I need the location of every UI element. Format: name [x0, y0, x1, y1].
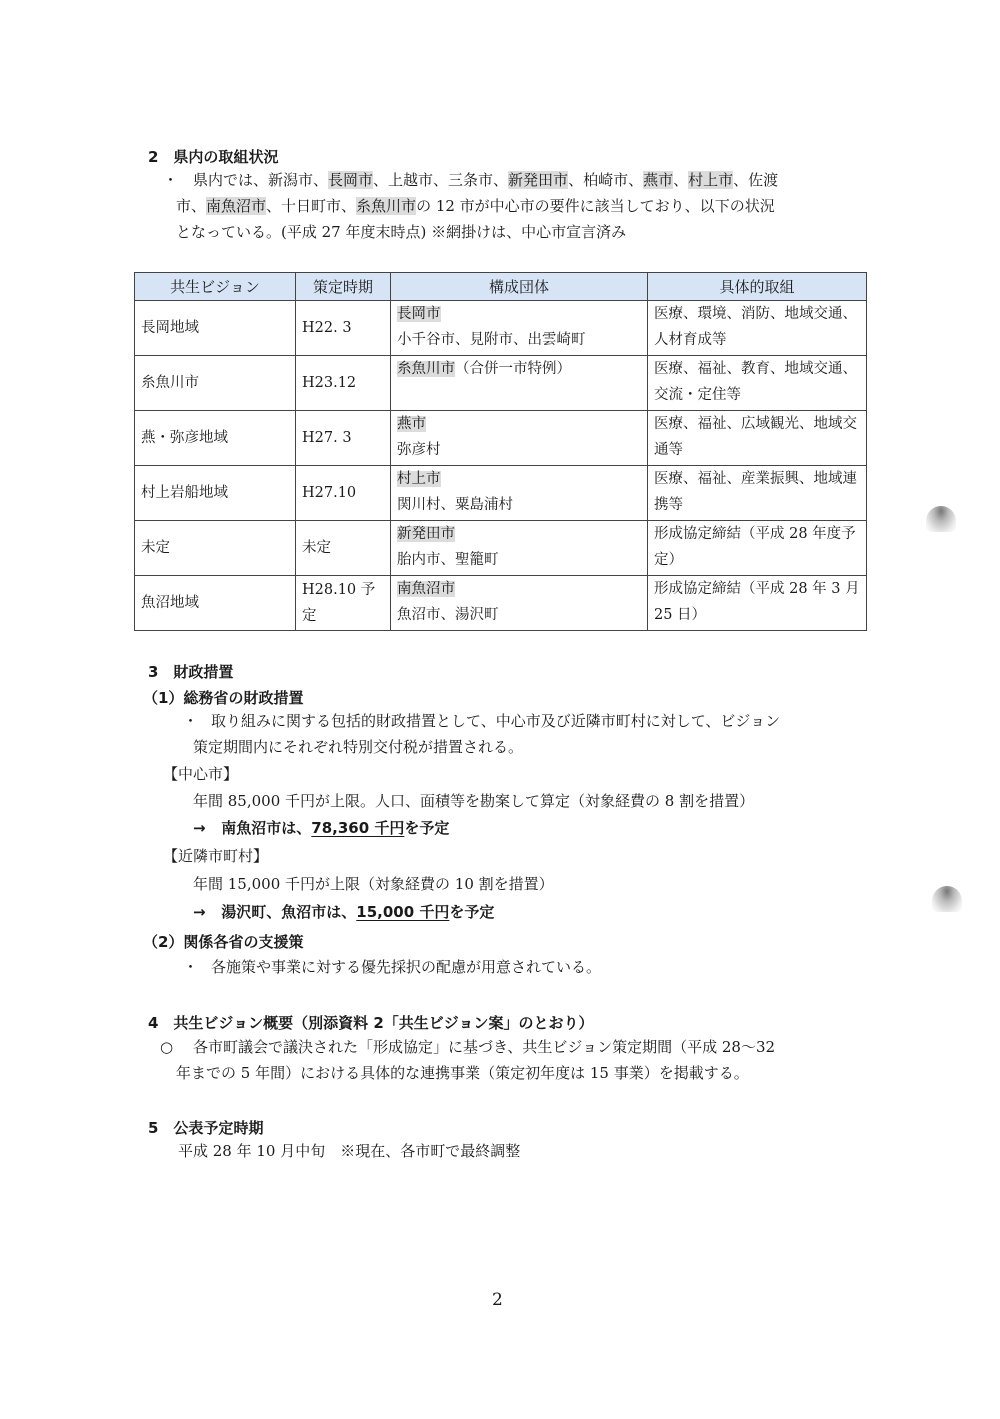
text: の 12 市が中心市の要件に該当しており、以下の状況	[416, 197, 775, 215]
text: を予定	[449, 903, 494, 921]
section3-sub1-heading: （1）総務省の財政措置	[143, 687, 303, 708]
arrow-right-icon: →	[193, 903, 206, 921]
section2-heading: 2 県内の取組状況	[148, 146, 278, 167]
cell-actions: 医療、環境、消防、地域交通、人材育成等	[648, 301, 867, 356]
cell-actions: 医療、福祉、産業振興、地域連携等	[648, 466, 867, 521]
cell-date: H22. 3	[296, 301, 391, 356]
cell-members: 燕市弥彦村	[391, 411, 648, 466]
highlighted-city: 長岡市	[328, 171, 373, 189]
bullet: ・	[183, 954, 198, 980]
table-row: 村上岩船地域 H27.10 村上市関川村、粟島浦村 医療、福祉、産業振興、地域連…	[135, 466, 867, 521]
center-city-result: → 南魚沼市は、78,360 千円を予定	[193, 815, 449, 841]
text: 、柏崎市、	[568, 171, 643, 189]
cell-vision: 長岡地域	[135, 301, 296, 356]
bullet: ・	[163, 167, 178, 193]
neighbor-text: 年間 15,000 千円が上限（対象経費の 10 割を措置）	[193, 871, 554, 897]
text: 市、	[176, 197, 206, 215]
cell-members: 長岡市小千谷市、見附市、出雲崎町	[391, 301, 648, 356]
cell-vision: 未定	[135, 521, 296, 576]
cell-date: H28.10 予定	[296, 576, 391, 631]
section4-line2: 年までの 5 年間）における具体的な連携事業（策定初年度は 15 事業）を掲載す…	[176, 1060, 749, 1086]
cell-date: H23.12	[296, 356, 391, 411]
table-row: 糸魚川市 H23.12 糸魚川市（合併一市特例） 医療、福祉、教育、地域交通、交…	[135, 356, 867, 411]
cell-vision: 村上岩船地域	[135, 466, 296, 521]
member-cities: 胎内市、聖籠町	[397, 552, 499, 568]
text: 県内では、新潟市、	[193, 171, 328, 189]
cell-actions: 形成協定締結（平成 28 年度予定）	[648, 521, 867, 576]
center-city: 長岡市	[397, 306, 441, 322]
col-header-date: 策定時期	[296, 273, 391, 301]
highlighted-city: 糸魚川市	[356, 197, 416, 215]
section5-heading: 5 公表予定時期	[148, 1117, 263, 1138]
section3-heading: 3 財政措置	[148, 661, 233, 682]
table-row: 長岡地域 H22. 3 長岡市小千谷市、見附市、出雲崎町 医療、環境、消防、地域…	[135, 301, 867, 356]
center-city-label: 【中心市】	[163, 761, 238, 787]
punch-hole-icon	[932, 886, 962, 912]
cell-date: H27.10	[296, 466, 391, 521]
page-number: 2	[492, 1290, 503, 1310]
highlighted-city: 燕市	[643, 171, 673, 189]
vision-table: 共生ビジョン 策定時期 構成団体 具体的取組 長岡地域 H22. 3 長岡市小千…	[134, 272, 867, 631]
cell-actions: 医療、福祉、広域観光、地域交通等	[648, 411, 867, 466]
center-city: 新発田市	[397, 526, 455, 542]
cell-vision: 魚沼地域	[135, 576, 296, 631]
cell-members: 南魚沼市魚沼市、湯沢町	[391, 576, 648, 631]
cell-actions: 形成協定締結（平成 28 年 3 月 25 日）	[648, 576, 867, 631]
cell-date: 未定	[296, 521, 391, 576]
neighbor-result: → 湯沢町、魚沼市は、15,000 千円を予定	[193, 899, 494, 925]
table-row: 未定 未定 新発田市胎内市、聖籠町 形成協定締結（平成 28 年度予定）	[135, 521, 867, 576]
text: 、上越市、三条市、	[373, 171, 508, 189]
section2-para-line2: 市、南魚沼市、十日町市、糸魚川市の 12 市が中心市の要件に該当しており、以下の…	[176, 193, 775, 219]
text: 湯沢町、魚沼市は、	[221, 903, 356, 921]
cell-vision: 燕・弥彦地域	[135, 411, 296, 466]
member-cities: 小千谷市、見附市、出雲崎町	[397, 332, 586, 348]
highlighted-city: 新発田市	[508, 171, 568, 189]
center-city: 村上市	[397, 471, 441, 487]
table-header-row: 共生ビジョン 策定時期 構成団体 具体的取組	[135, 273, 867, 301]
section4-line1: 各市町議会で議決された「形成協定」に基づき、共生ビジョン策定期間（平成 28～3…	[193, 1034, 775, 1060]
arrow-right-icon: →	[193, 819, 206, 837]
center-city: 糸魚川市	[397, 361, 455, 377]
cell-members: 村上市関川村、粟島浦村	[391, 466, 648, 521]
section5-text: 平成 28 年 10 月中旬 ※現在、各市町で最終調整	[178, 1138, 520, 1164]
table-row: 燕・弥彦地域 H27. 3 燕市弥彦村 医療、福祉、広域観光、地域交通等	[135, 411, 867, 466]
col-header-actions: 具体的取組	[648, 273, 867, 301]
section2-para-line3: となっている。(平成 27 年度末時点) ※網掛けは、中心市宣言済み	[176, 219, 626, 245]
punch-hole-icon	[926, 506, 956, 532]
cell-members: 糸魚川市（合併一市特例）	[391, 356, 648, 411]
neighbor-label: 【近隣市町村】	[163, 843, 268, 869]
text: を予定	[404, 819, 449, 837]
section2-para-line1: 県内では、新潟市、長岡市、上越市、三条市、新発田市、柏崎市、燕市、村上市、佐渡	[193, 167, 778, 193]
center-city-amount: 78,360 千円	[311, 819, 404, 837]
section3-sub2-heading: （2）関係各省の支援策	[143, 931, 303, 952]
text: 南魚沼市は、	[221, 819, 311, 837]
center-city: 南魚沼市	[397, 581, 455, 597]
section3-sub2-text: 各施策や事業に対する優先採択の配慮が用意されている。	[211, 954, 601, 980]
center-city: 燕市	[397, 416, 426, 432]
text: 、	[673, 171, 688, 189]
section3-sub1-line1: 取り組みに関する包括的財政措置として、中心市及び近隣市町村に対して、ビジョン	[211, 708, 780, 734]
section3-sub1-line2: 策定期間内にそれぞれ特別交付税が措置される。	[193, 734, 523, 760]
neighbor-amount: 15,000 千円	[356, 903, 449, 921]
member-cities: 関川村、粟島浦村	[397, 497, 513, 513]
center-city-text: 年間 85,000 千円が上限。人口、面積等を勘案して算定（対象経費の 8 割を…	[193, 788, 754, 814]
center-note: （合併一市特例）	[455, 361, 571, 377]
highlighted-city: 村上市	[688, 171, 733, 189]
col-header-vision: 共生ビジョン	[135, 273, 296, 301]
member-cities: 弥彦村	[397, 442, 441, 458]
cell-actions: 医療、福祉、教育、地域交通、交流・定住等	[648, 356, 867, 411]
col-header-members: 構成団体	[391, 273, 648, 301]
bullet: ・	[183, 708, 198, 734]
member-cities: 魚沼市、湯沢町	[397, 607, 499, 623]
text: 、佐渡	[733, 171, 778, 189]
cell-vision: 糸魚川市	[135, 356, 296, 411]
text: 、十日町市、	[266, 197, 356, 215]
table-row: 魚沼地域 H28.10 予定 南魚沼市魚沼市、湯沢町 形成協定締結（平成 28 …	[135, 576, 867, 631]
cell-date: H27. 3	[296, 411, 391, 466]
cell-members: 新発田市胎内市、聖籠町	[391, 521, 648, 576]
section4-heading: 4 共生ビジョン概要（別添資料 2「共生ビジョン案」のとおり）	[148, 1012, 594, 1033]
highlighted-city: 南魚沼市	[206, 197, 266, 215]
circle-bullet-icon: ○	[160, 1034, 173, 1060]
